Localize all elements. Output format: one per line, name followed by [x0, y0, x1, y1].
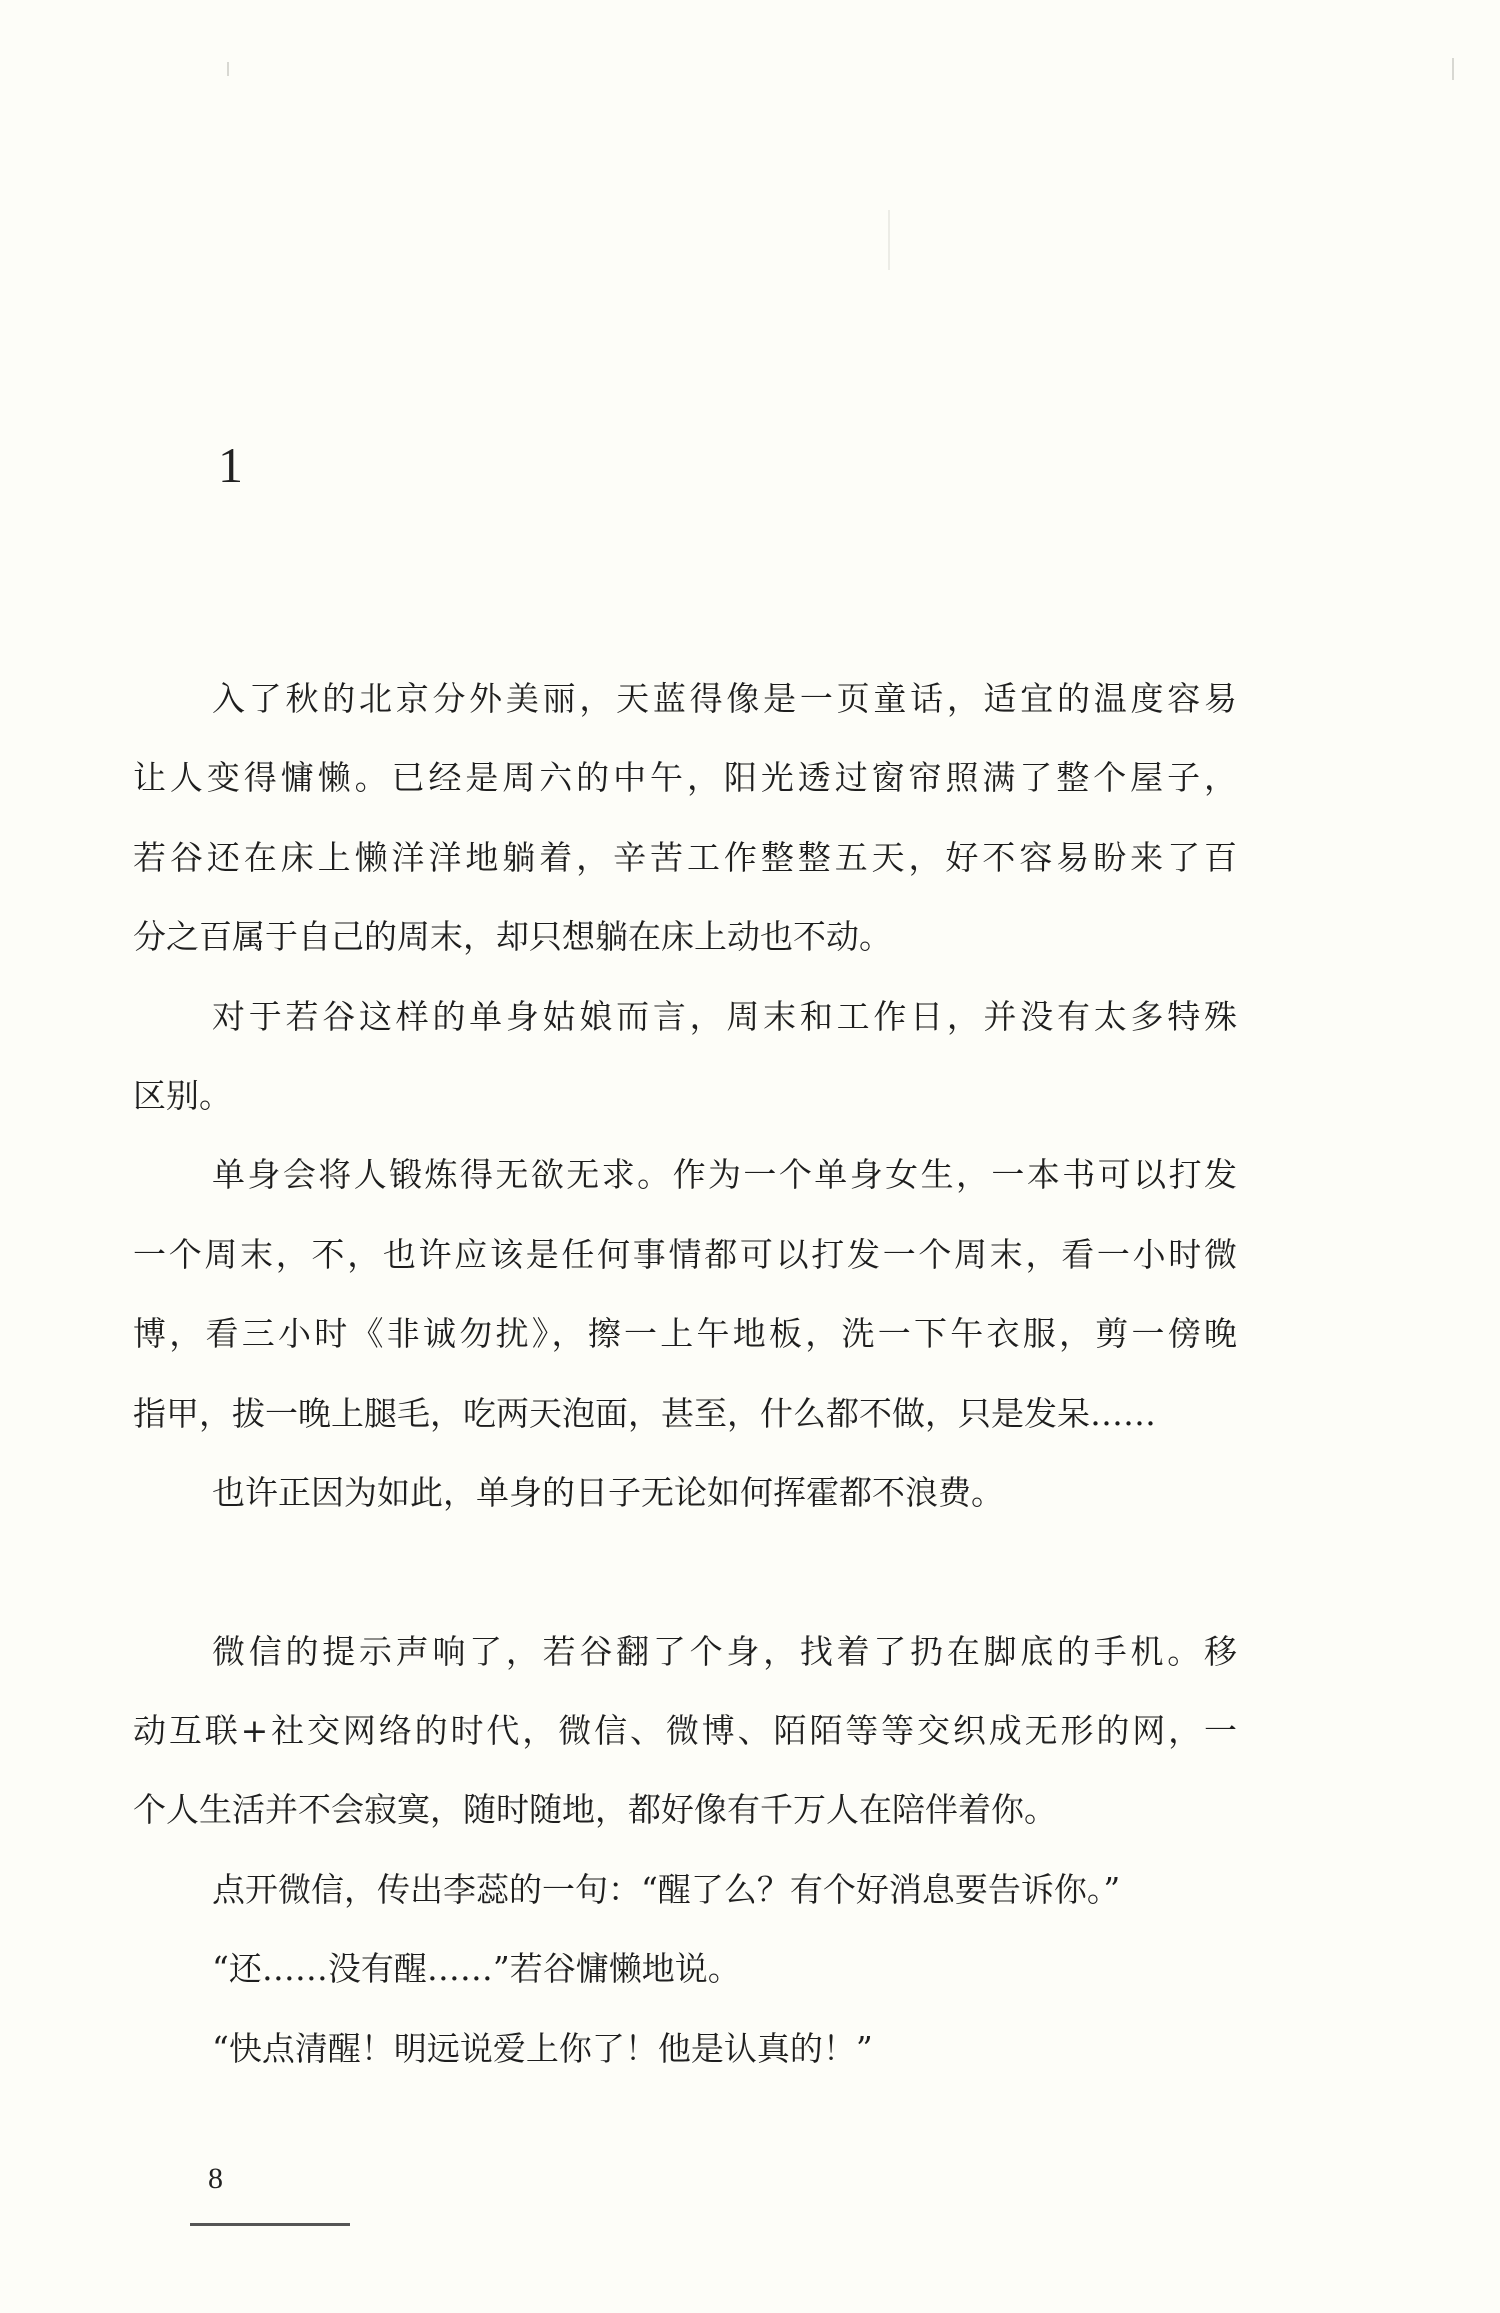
text-line: 对于若谷这样的单身姑娘而言，周末和工作日，并没有太多特殊 [133, 994, 1237, 1073]
scan-artifact [888, 210, 890, 270]
text-line: 分之百属于自己的周末，却只想躺在床上动也不动。 [133, 914, 1237, 993]
text-line: 微信的提示声响了，若谷翻了个身，找着了扔在脚底的手机。移 [133, 1629, 1237, 1708]
paragraph-1: 入了秋的北京分外美丽，天蓝得像是一页童话，适宜的温度容易 让人变得慵懒。已经是周… [133, 676, 1237, 994]
book-page: 1 入了秋的北京分外美丽，天蓝得像是一页童话，适宜的温度容易 让人变得慵懒。已经… [0, 0, 1500, 2313]
text-line: 指甲，拔一晚上腿毛，吃两天泡面，甚至，什么都不做，只是发呆…… [133, 1391, 1237, 1470]
text-line: 区别。 [133, 1073, 1237, 1152]
text-line: 一个周末，不，也许应该是任何事情都可以打发一个周末，看一小时微 [133, 1232, 1237, 1311]
text-line: 博，看三小时《非诚勿扰》，擦一上午地板，洗一下午衣服，剪一傍晚 [133, 1311, 1237, 1390]
text-line: 若谷还在床上懒洋洋地躺着，辛苦工作整整五天，好不容易盼来了百 [133, 835, 1237, 914]
text-line: “快点清醒！明远说爱上你了！他是认真的！” [133, 2026, 1237, 2105]
paragraph-5: 微信的提示声响了，若谷翻了个身，找着了扔在脚底的手机。移 动互联+社交网络的时代… [133, 1629, 1237, 1867]
paragraph-2: 对于若谷这样的单身姑娘而言，周末和工作日，并没有太多特殊 区别。 [133, 994, 1237, 1153]
text-line: 入了秋的北京分外美丽，天蓝得像是一页童话，适宜的温度容易 [133, 676, 1237, 755]
text-line: 让人变得慵懒。已经是周六的中午，阳光透过窗帘照满了整个屋子， [133, 755, 1237, 834]
section-break [133, 1549, 1237, 1628]
paragraph-3: 单身会将人锻炼得无欲无求。作为一个单身女生，一本书可以打发 一个周末，不，也许应… [133, 1152, 1237, 1470]
chapter-number: 1 [218, 440, 243, 490]
text-line: 个人生活并不会寂寞，随时随地，都好像有千万人在陪伴着你。 [133, 1787, 1237, 1866]
text-line: “还……没有醒……”若谷慵懒地说。 [133, 1946, 1237, 2025]
scan-artifact [1452, 58, 1454, 80]
footer-rule [190, 2223, 350, 2226]
paragraph-4: 也许正因为如此，单身的日子无论如何挥霍都不浪费。 [133, 1470, 1237, 1549]
text-line: 单身会将人锻炼得无欲无求。作为一个单身女生，一本书可以打发 [133, 1152, 1237, 1231]
page-number: 8 [208, 2164, 223, 2194]
text-line: 也许正因为如此，单身的日子无论如何挥霍都不浪费。 [133, 1470, 1237, 1549]
text-line: 动互联+社交网络的时代，微信、微博、陌陌等等交织成无形的网，一 [133, 1708, 1237, 1787]
paragraph-8: “快点清醒！明远说爱上你了！他是认真的！” [133, 2026, 1237, 2105]
paragraph-6: 点开微信，传出李蕊的一句：“醒了么？有个好消息要告诉你。” [133, 1867, 1237, 1946]
body-text: 入了秋的北京分外美丽，天蓝得像是一页童话，适宜的温度容易 让人变得慵懒。已经是周… [133, 676, 1237, 2105]
text-line: 点开微信，传出李蕊的一句：“醒了么？有个好消息要告诉你。” [133, 1867, 1237, 1946]
scan-artifact [227, 62, 229, 76]
paragraph-7: “还……没有醒……”若谷慵懒地说。 [133, 1946, 1237, 2025]
